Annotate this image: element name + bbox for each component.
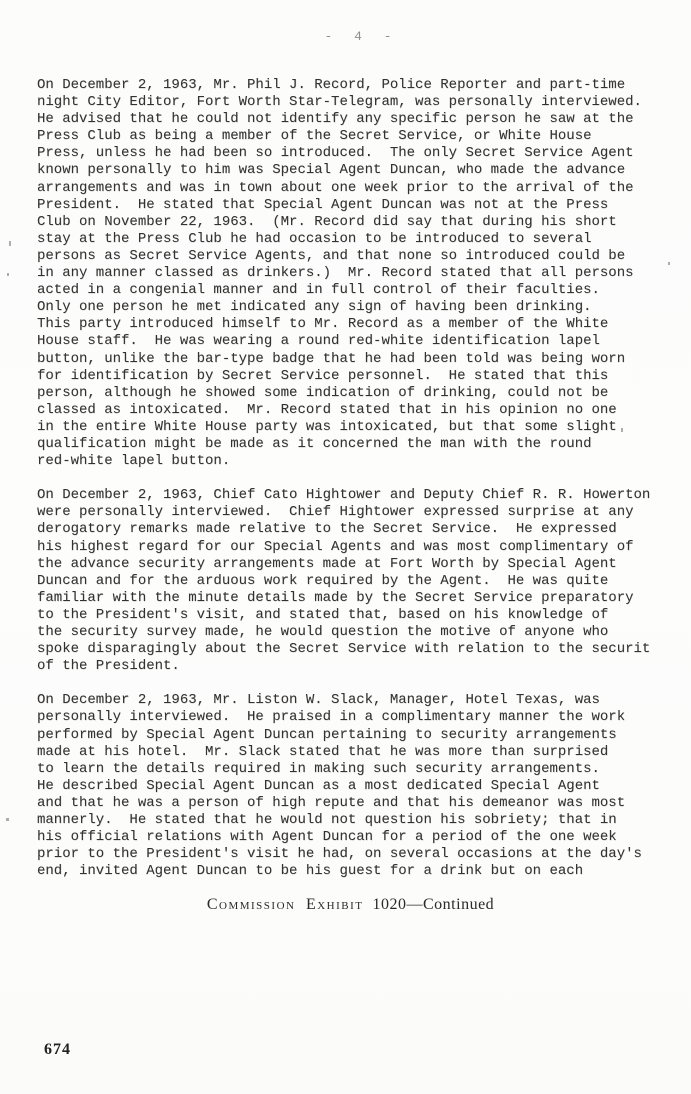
scan-speck [7, 273, 9, 276]
paragraph-hightower-interview: On December 2, 1963, Chief Cato Hightowe… [37, 487, 685, 675]
footer-page-number: 674 [44, 1041, 71, 1059]
scan-speck [6, 818, 9, 821]
scan-speck [9, 241, 11, 246]
scan-speck [668, 262, 670, 265]
exhibit-caption-title: Commission Exhibit [207, 896, 364, 913]
exhibit-caption: Commission Exhibit 1020—Continued [5, 896, 691, 914]
scan-speck [621, 428, 623, 432]
exhibit-caption-number: 1020—Continued [373, 896, 495, 913]
paragraph-slack-interview: On December 2, 1963, Mr. Liston W. Slack… [37, 692, 685, 880]
paragraph-record-interview: On December 2, 1963, Mr. Phil J. Record,… [37, 77, 685, 470]
page-header-number: - 4 - [16, 29, 691, 44]
document-page: - 4 - On December 2, 1963, Mr. Phil J. R… [0, 0, 691, 1094]
document-body: On December 2, 1963, Mr. Phil J. Record,… [37, 77, 685, 898]
